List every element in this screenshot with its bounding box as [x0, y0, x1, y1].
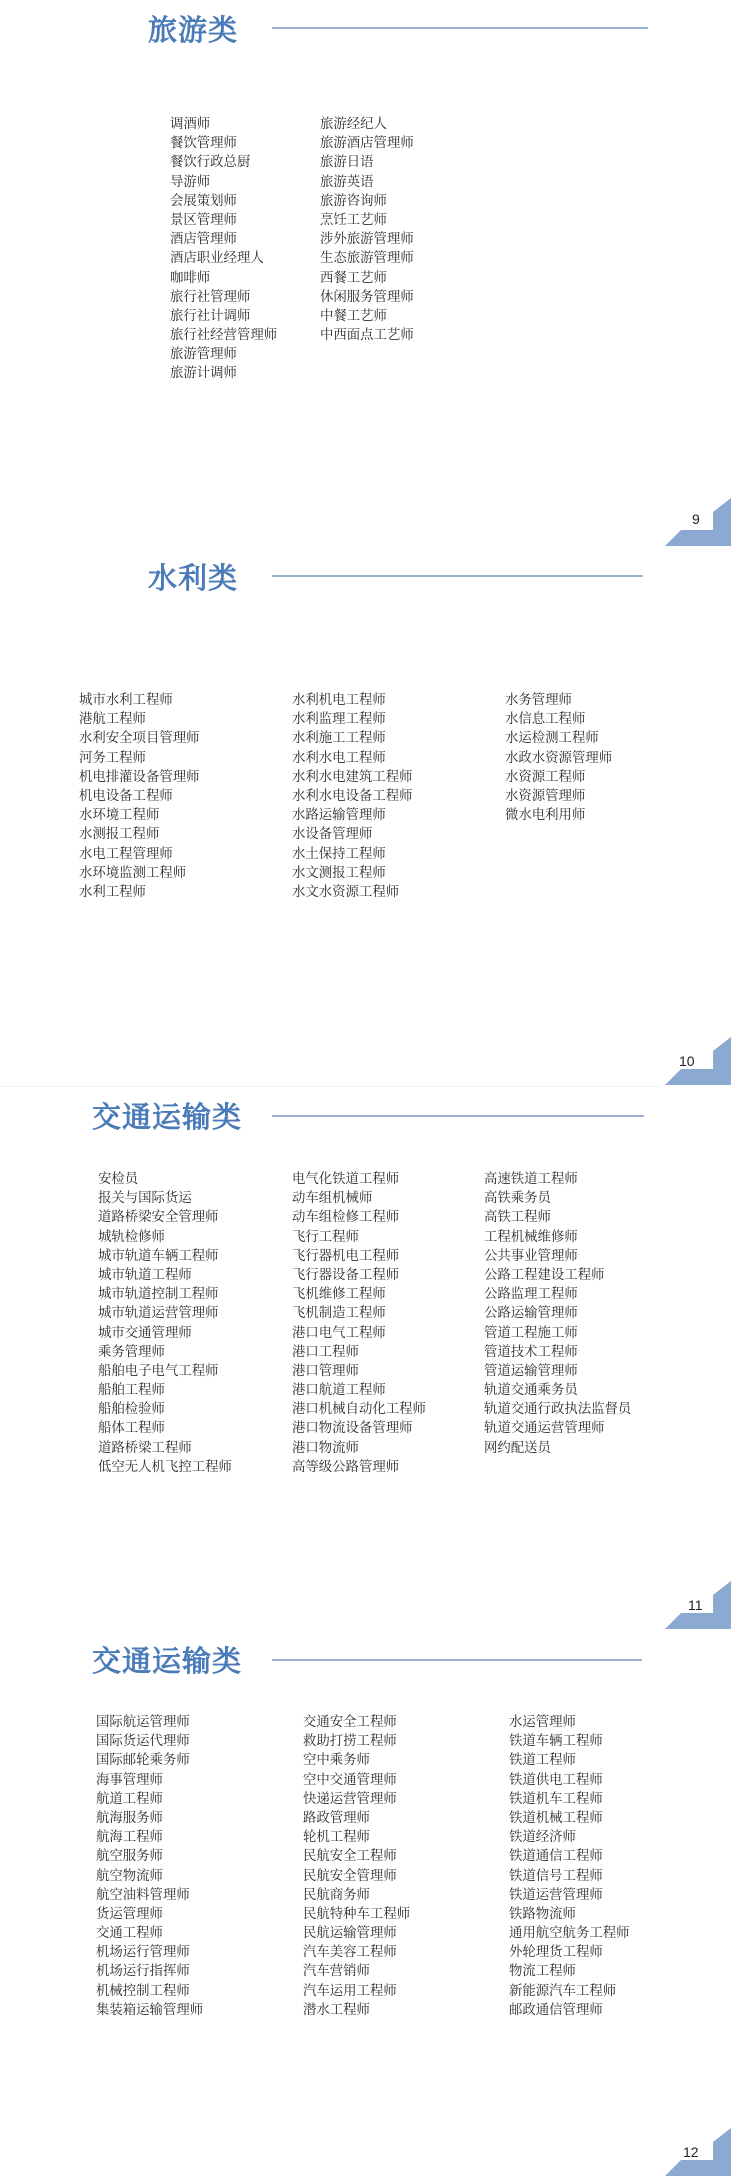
job-column-1: 调酒师餐饮管理师餐饮行政总厨导游师会展策划师景区管理师酒店管理师酒店职业经理人咖… [170, 115, 277, 384]
job-title: 城市交通管理师 [98, 1324, 232, 1343]
job-title: 民航安全工程师 [303, 1847, 410, 1866]
job-title: 汽车运用工程师 [303, 1982, 410, 2001]
job-title: 水资源管理师 [505, 787, 612, 806]
job-title: 旅游计调师 [170, 364, 277, 383]
job-title: 管道运输管理师 [484, 1362, 631, 1381]
job-title: 烹饪工艺师 [320, 211, 414, 230]
job-title: 空中乘务师 [303, 1751, 410, 1770]
job-title: 船舶工程师 [98, 1381, 232, 1400]
job-title: 城市轨道工程师 [98, 1266, 232, 1285]
job-column-3: 水务管理师水信息工程师水运检测工程师水政水资源管理师水资源工程师水资源管理师微水… [505, 691, 612, 825]
job-title: 导游师 [170, 173, 277, 192]
job-title: 城市轨道控制工程师 [98, 1285, 232, 1304]
section-heading: 交通运输类 [92, 1103, 242, 1132]
job-title: 飞行工程师 [292, 1228, 426, 1247]
job-title: 机电设备工程师 [79, 787, 200, 806]
job-title: 港口机械自动化工程师 [292, 1400, 426, 1419]
job-title: 轨道交通行政执法监督员 [484, 1400, 631, 1419]
job-title: 船舶检验师 [98, 1400, 232, 1419]
job-title: 飞行器机电工程师 [292, 1247, 426, 1266]
job-title: 交通安全工程师 [303, 1713, 410, 1732]
job-title: 水利施工工程师 [292, 729, 413, 748]
job-title: 汽车美容工程师 [303, 1943, 410, 1962]
job-title: 管道工程施工师 [484, 1324, 631, 1343]
job-title: 城市轨道运营管理师 [98, 1304, 232, 1323]
job-title: 安检员 [98, 1170, 232, 1189]
job-title: 旅行社计调师 [170, 307, 277, 326]
job-title: 酒店职业经理人 [170, 249, 277, 268]
job-title: 国际航运管理师 [96, 1713, 203, 1732]
page-number: 11 [688, 1597, 703, 1613]
job-title: 潜水工程师 [303, 2001, 410, 2020]
job-title: 航空服务师 [96, 1847, 203, 1866]
job-title: 公共事业管理师 [484, 1247, 631, 1266]
job-title: 中西面点工艺师 [320, 326, 414, 345]
job-title: 空中交通管理师 [303, 1771, 410, 1790]
job-column-1: 安检员报关与国际货运道路桥梁安全管理师城轨检修师城市轨道车辆工程师城市轨道工程师… [98, 1170, 232, 1477]
job-title: 水设备管理师 [292, 825, 413, 844]
job-title: 生态旅游管理师 [320, 249, 414, 268]
job-title: 中餐工艺师 [320, 307, 414, 326]
job-title: 水环境工程师 [79, 806, 200, 825]
job-title: 港口管理师 [292, 1362, 426, 1381]
job-title: 城轨检修师 [98, 1228, 232, 1247]
job-column-3: 水运管理师铁道车辆工程师铁道工程师铁道供电工程师铁道机车工程师铁道机械工程师铁道… [509, 1713, 630, 2020]
job-title: 水土保持工程师 [292, 845, 413, 864]
job-title: 轮机工程师 [303, 1828, 410, 1847]
job-title: 道路桥梁工程师 [98, 1439, 232, 1458]
job-title: 水利工程师 [79, 883, 200, 902]
job-title: 公路监理工程师 [484, 1285, 631, 1304]
job-title: 水利水电建筑工程师 [292, 768, 413, 787]
job-title: 水务管理师 [505, 691, 612, 710]
heading-rule [272, 1115, 644, 1117]
job-title: 动车组检修工程师 [292, 1208, 426, 1227]
job-title: 铁道经济师 [509, 1828, 630, 1847]
job-title: 路政管理师 [303, 1809, 410, 1828]
job-column-1: 国际航运管理师国际货运代理师国际邮轮乘务师海事管理师航道工程师航海服务师航海工程… [96, 1713, 203, 2020]
job-title: 微水电利用师 [505, 806, 612, 825]
job-title: 高速铁道工程师 [484, 1170, 631, 1189]
job-title: 电气化铁道工程师 [292, 1170, 426, 1189]
job-title: 飞机维修工程师 [292, 1285, 426, 1304]
heading-rule [272, 1659, 642, 1661]
job-title: 餐饮管理师 [170, 134, 277, 153]
job-title: 旅行社经营管理师 [170, 326, 277, 345]
job-title: 汽车营销师 [303, 1962, 410, 1981]
page-corner-decoration [665, 1037, 731, 1085]
job-title: 旅游英语 [320, 173, 414, 192]
job-title: 轨道交通乘务员 [484, 1381, 631, 1400]
job-title: 铁道机车工程师 [509, 1790, 630, 1809]
job-title: 水利水电设备工程师 [292, 787, 413, 806]
job-title: 国际货运代理师 [96, 1732, 203, 1751]
job-title: 水利安全项目管理师 [79, 729, 200, 748]
job-title: 水路运输管理师 [292, 806, 413, 825]
job-title: 涉外旅游管理师 [320, 230, 414, 249]
job-title: 旅行社管理师 [170, 288, 277, 307]
job-title: 餐饮行政总厨 [170, 153, 277, 172]
job-title: 铁路物流师 [509, 1905, 630, 1924]
job-title: 机场运行管理师 [96, 1943, 203, 1962]
job-title: 民航特种车工程师 [303, 1905, 410, 1924]
job-title: 邮政通信管理师 [509, 2001, 630, 2020]
job-title: 城市水利工程师 [79, 691, 200, 710]
job-title: 水文测报工程师 [292, 864, 413, 883]
job-title: 飞机制造工程师 [292, 1304, 426, 1323]
job-title: 外轮理货工程师 [509, 1943, 630, 1962]
job-title: 民航商务师 [303, 1886, 410, 1905]
job-title: 水信息工程师 [505, 710, 612, 729]
job-title: 水环境监测工程师 [79, 864, 200, 883]
job-title: 货运管理师 [96, 1905, 203, 1924]
job-title: 船舶电子电气工程师 [98, 1362, 232, 1381]
job-title: 旅游酒店管理师 [320, 134, 414, 153]
job-column-2: 旅游经纪人旅游酒店管理师旅游日语旅游英语旅游咨询师烹饪工艺师涉外旅游管理师生态旅… [320, 115, 414, 345]
job-title: 水文水资源工程师 [292, 883, 413, 902]
job-title: 水政水资源管理师 [505, 749, 612, 768]
corner-step-shape [665, 1037, 731, 1085]
job-column-3: 高速铁道工程师高铁乘务员高铁工程师工程机械维修师公共事业管理师公路工程建设工程师… [484, 1170, 631, 1458]
job-title: 动车组机械师 [292, 1189, 426, 1208]
job-column-2: 电气化铁道工程师动车组机械师动车组检修工程师飞行工程师飞行器机电工程师飞行器设备… [292, 1170, 426, 1477]
job-title: 救助打捞工程师 [303, 1732, 410, 1751]
page-tourism: 旅游类 调酒师餐饮管理师餐饮行政总厨导游师会展策划师景区管理师酒店管理师酒店职业… [0, 0, 731, 545]
job-column-2: 交通安全工程师救助打捞工程师空中乘务师空中交通管理师快递运营管理师路政管理师轮机… [303, 1713, 410, 2020]
job-title: 港口电气工程师 [292, 1324, 426, 1343]
job-title: 航道工程师 [96, 1790, 203, 1809]
job-title: 机械控制工程师 [96, 1982, 203, 2001]
job-title: 机电排灌设备管理师 [79, 768, 200, 787]
job-title: 交通工程师 [96, 1924, 203, 1943]
job-title: 会展策划师 [170, 192, 277, 211]
job-title: 低空无人机飞控工程师 [98, 1458, 232, 1477]
heading-rule [272, 575, 643, 577]
job-title: 旅游日语 [320, 153, 414, 172]
job-title: 铁道供电工程师 [509, 1771, 630, 1790]
job-title: 通用航空航务工程师 [509, 1924, 630, 1943]
job-title: 国际邮轮乘务师 [96, 1751, 203, 1770]
section-heading: 水利类 [148, 564, 238, 593]
section-heading: 交通运输类 [92, 1647, 242, 1676]
job-column-1: 城市水利工程师港航工程师水利安全项目管理师河务工程师机电排灌设备管理师机电设备工… [79, 691, 200, 902]
job-title: 公路运输管理师 [484, 1304, 631, 1323]
job-title: 铁道车辆工程师 [509, 1732, 630, 1751]
job-title: 高铁工程师 [484, 1208, 631, 1227]
job-title: 铁道通信工程师 [509, 1847, 630, 1866]
job-title: 水测报工程师 [79, 825, 200, 844]
job-title: 集装箱运输管理师 [96, 2001, 203, 2020]
job-title: 港航工程师 [79, 710, 200, 729]
job-title: 道路桥梁安全管理师 [98, 1208, 232, 1227]
job-title: 民航安全管理师 [303, 1867, 410, 1886]
job-title: 铁道运营管理师 [509, 1886, 630, 1905]
job-title: 快递运营管理师 [303, 1790, 410, 1809]
job-title: 水利监理工程师 [292, 710, 413, 729]
job-title: 铁道信号工程师 [509, 1867, 630, 1886]
section-heading: 旅游类 [148, 16, 238, 45]
job-title: 网约配送员 [484, 1439, 631, 1458]
job-title: 旅游管理师 [170, 345, 277, 364]
job-title: 水运检测工程师 [505, 729, 612, 748]
job-title: 铁道机械工程师 [509, 1809, 630, 1828]
job-title: 水运管理师 [509, 1713, 630, 1732]
job-title: 港口航道工程师 [292, 1381, 426, 1400]
job-title: 报关与国际货运 [98, 1189, 232, 1208]
job-title: 港口工程师 [292, 1343, 426, 1362]
job-title: 景区管理师 [170, 211, 277, 230]
job-title: 公路工程建设工程师 [484, 1266, 631, 1285]
job-title: 民航运输管理师 [303, 1924, 410, 1943]
job-title: 乘务管理师 [98, 1343, 232, 1362]
job-title: 海事管理师 [96, 1771, 203, 1790]
job-title: 水利机电工程师 [292, 691, 413, 710]
job-title: 新能源汽车工程师 [509, 1982, 630, 2001]
job-title: 港口物流师 [292, 1439, 426, 1458]
job-title: 水资源工程师 [505, 768, 612, 787]
heading-rule [272, 27, 648, 29]
page-number: 12 [683, 2144, 699, 2160]
job-title: 高铁乘务员 [484, 1189, 631, 1208]
job-title: 航空油料管理师 [96, 1886, 203, 1905]
job-title: 铁道工程师 [509, 1751, 630, 1770]
page-number: 10 [679, 1053, 695, 1069]
job-title: 酒店管理师 [170, 230, 277, 249]
job-title: 船体工程师 [98, 1419, 232, 1438]
job-title: 咖啡师 [170, 269, 277, 288]
job-title: 休闲服务管理师 [320, 288, 414, 307]
job-title: 航空物流师 [96, 1867, 203, 1886]
job-title: 轨道交通运营管理师 [484, 1419, 631, 1438]
job-title: 城市轨道车辆工程师 [98, 1247, 232, 1266]
page-number: 9 [692, 511, 700, 527]
job-title: 航海服务师 [96, 1809, 203, 1828]
job-title: 水利水电工程师 [292, 749, 413, 768]
job-title: 飞行器设备工程师 [292, 1266, 426, 1285]
job-title: 旅游咨询师 [320, 192, 414, 211]
job-title: 调酒师 [170, 115, 277, 134]
job-title: 工程机械维修师 [484, 1228, 631, 1247]
job-title: 管道技术工程师 [484, 1343, 631, 1362]
job-title: 高等级公路管理师 [292, 1458, 426, 1477]
job-title: 水电工程管理师 [79, 845, 200, 864]
job-title: 港口物流设备管理师 [292, 1419, 426, 1438]
job-title: 旅游经纪人 [320, 115, 414, 134]
job-title: 西餐工艺师 [320, 269, 414, 288]
job-title: 航海工程师 [96, 1828, 203, 1847]
page-divider [0, 1086, 660, 1087]
job-title: 河务工程师 [79, 749, 200, 768]
job-title: 机场运行指挥师 [96, 1962, 203, 1981]
job-title: 物流工程师 [509, 1962, 630, 1981]
job-column-2: 水利机电工程师水利监理工程师水利施工工程师水利水电工程师水利水电建筑工程师水利水… [292, 691, 413, 902]
